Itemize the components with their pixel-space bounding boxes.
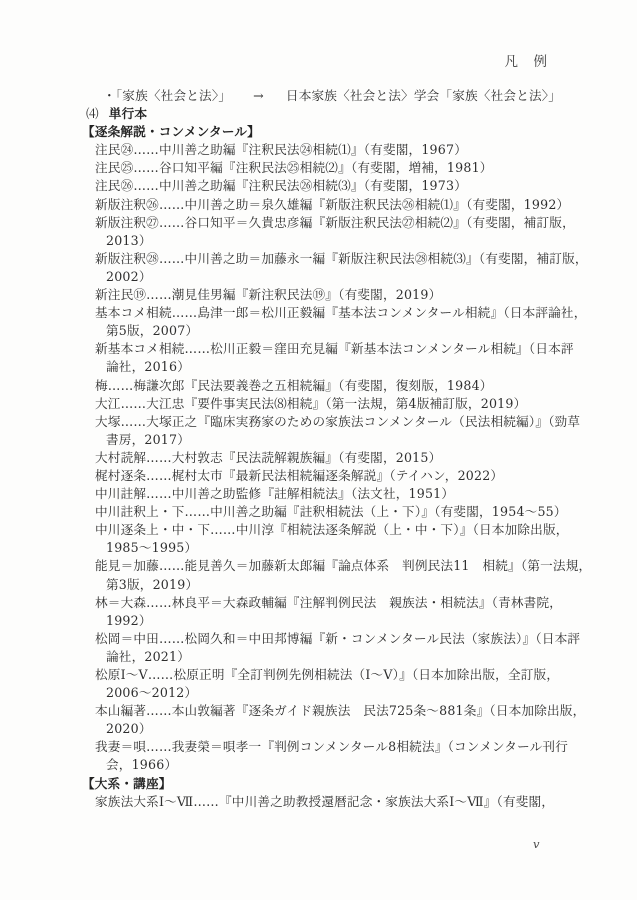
bibliography-lines: ・「家族〈社会と法〉」→日本家族〈社会と法〉学会「家族〈社会と法〉」⑷単行本【逐…	[95, 87, 567, 811]
abbreviation-mapping-line: ・「家族〈社会と法〉」→日本家族〈社会と法〉学会「家族〈社会と法〉」	[95, 87, 567, 105]
bibliography-entry: 注民㉖……中川善之助編『注釈民法㉖相続⑶』（有斐閣，1973）	[95, 177, 567, 195]
bibliography-entry: 大村読解……大村敦志『民法読解親族編』（有斐閣，2015）	[95, 449, 567, 467]
entry-continuation-line: 第5版，2007）	[95, 322, 567, 340]
section-label: 単行本	[109, 106, 147, 121]
bibliography-entry: 新基本コメ相続……松川正毅＝窪田充見編『新基本法コンメンタール相続』（日本評	[95, 340, 567, 358]
entry-continuation-line: 2006～2012）	[95, 684, 567, 702]
bibliography-entry: 新注民⑲……潮見佳男編『新注釈民法⑲』（有斐閣，2019）	[95, 286, 567, 304]
bibliography-entry: 中川註釈上・下……中川善之助編『註釈相続法（上・下）』（有斐閣，1954～55）	[95, 503, 567, 521]
bibliography-entry: 中川註解……中川善之助監修『註解相続法』（法文社，1951）	[95, 485, 567, 503]
section-number: ⑷	[86, 106, 99, 121]
entry-continuation-line: 1992）	[95, 612, 567, 630]
entry-continuation-line: 1985～1995）	[95, 539, 567, 557]
bibliography-entry: 大塚……大塚正之『臨床実務家のための家族法コンメンタール（民法相続編）』（勁草	[95, 413, 567, 431]
entry-continuation-line: 論社，2016）	[95, 358, 567, 376]
bibliography-entry: 梅……梅謙次郎『民法要義巻之五相続編』（有斐閣，復刻版，1984）	[95, 377, 567, 395]
bibliography-entry: 梶村逐条……梶村太市『最新民法相続編逐条解説』（テイハン，2022）	[95, 467, 567, 485]
entry-continuation-line: 会，1966）	[95, 756, 567, 774]
bibliography-entry: 新版注釈㉘……中川善之助＝加藤永一編『新版注釈民法㉘相続⑶』（有斐閣，補訂版，	[95, 250, 567, 268]
abbreviation-definition: 日本家族〈社会と法〉学会「家族〈社会と法〉」	[286, 87, 561, 105]
document-page: 凡 例 ・「家族〈社会と法〉」→日本家族〈社会と法〉学会「家族〈社会と法〉」⑷単…	[0, 0, 637, 900]
bibliography-entry: 林＝大森……林良平＝大森政輔編『注解判例民法 親族法・相続法』（青林書院，	[95, 594, 567, 612]
bibliography-entry: 大江……大江忠『要件事実民法⑻相続』（第一法規，第4版補訂版，2019）	[95, 395, 567, 413]
page-number: v	[533, 837, 540, 851]
bibliography-entry: 注民㉔……中川善之助編『注釈民法㉔相続⑴』（有斐閣，1967）	[95, 141, 567, 159]
bibliography-entry: 基本コメ相続……島津一郎＝松川正毅編『基本法コンメンタール相続』（日本評論社，	[95, 304, 567, 322]
bibliography-entry: 我妻＝唄……我妻榮＝唄孝一『判例コンメンタール8相続法』（コンメンタール刊行	[95, 738, 567, 756]
entry-continuation-line: 論社，2021）	[95, 648, 567, 666]
category-heading: 【逐条解説・コンメンタール】	[82, 123, 567, 141]
bibliography-entry: 本山編著……本山敦編著『逐条ガイド親族法 民法725条～881条』（日本加除出版…	[95, 702, 567, 720]
running-head: 凡 例	[505, 50, 549, 70]
abbreviation-term: ・「家族〈社会と法〉」	[103, 88, 231, 103]
entry-continuation-line: 2020）	[95, 720, 567, 738]
section-heading: ⑷単行本	[86, 105, 567, 123]
bibliography-entry: 新版注釈㉗……谷口知平＝久貴忠彦編『新版注釈民法㉗相続⑵』（有斐閣，補訂版，	[95, 214, 567, 232]
bibliography-entry: 中川逐条上・中・下……中川淳『相続法逐条解説（上・中・下）』（日本加除出版，	[95, 521, 567, 539]
bibliography-entry: 注民㉕……谷口知平編『注釈民法㉕相続⑵』（有斐閣，増補，1981）	[95, 159, 567, 177]
bibliography-entry: 家族法大系Ⅰ～Ⅶ……『中川善之助教授還暦記念・家族法大系Ⅰ～Ⅶ』（有斐閣，	[95, 793, 567, 811]
entry-continuation-line: 2013）	[95, 232, 567, 250]
bibliography-entry: 松原Ⅰ～Ⅴ……松原正明『全訂判例先例相続法（Ⅰ～Ⅴ）』（日本加除出版，全訂版，	[95, 666, 567, 684]
entry-continuation-line: 書房，2017）	[95, 431, 567, 449]
bibliography-entry: 能見＝加藤……能見善久＝加藤新太郎編『論点体系 判例民法11 相続』（第一法規，	[95, 557, 567, 575]
entry-continuation-line: 2002）	[95, 268, 567, 286]
entry-continuation-line: 第3版，2019）	[95, 576, 567, 594]
arrow-icon: →	[253, 87, 264, 105]
bibliography-entry: 松岡＝中田……松岡久和＝中田邦博編『新・コンメンタール民法（家族法）』（日本評	[95, 630, 567, 648]
bibliography-entry: 新版注釈㉖……中川善之助＝泉久雄編『新版注釈民法㉖相続⑴』（有斐閣，1992）	[95, 196, 567, 214]
category-heading: 【大系・講座】	[82, 775, 567, 793]
